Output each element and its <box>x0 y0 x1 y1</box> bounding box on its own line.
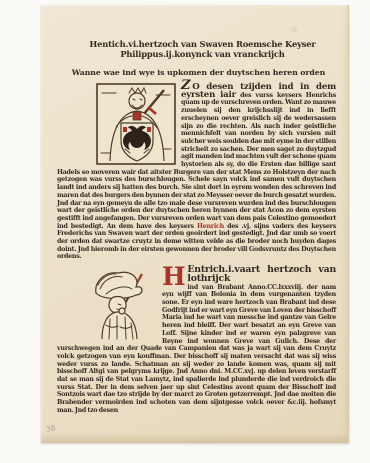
foxing-spot <box>291 27 298 32</box>
page-title: Hentich.vi.hertzoch van Swaven Roemsche … <box>57 39 336 59</box>
woodcut-duke-image <box>84 267 158 341</box>
header-line-1: Hentich.vi.hertzoch van Swaven Roemsche … <box>69 39 336 49</box>
paragraph-1: ZO desen tzijden ind in dem eyrsten iair… <box>57 82 336 261</box>
text-block: Hentich.vi.hertzoch van Swaven Roemsche … <box>57 39 336 415</box>
woodcut-emperor-image <box>96 83 176 165</box>
section-2: HEntrich.i.vaart hertzoch van lothrijck … <box>57 266 336 414</box>
rubricated-initial-H: H <box>162 266 187 287</box>
incunabulum-leaf: Hentich.vi.hertzoch van Swaven Roemsche … <box>41 5 349 443</box>
paper-bottom-edge <box>41 433 348 442</box>
chapter-subject-line: Wanne wae ind wye is upkomen der duytsch… <box>57 68 336 77</box>
rubricated-name: Henrich <box>197 223 224 230</box>
page-scan: Hentich.vi.hertzoch van Swaven Roemsche … <box>0 0 370 463</box>
header-line-2: Philippus.ij.konynck van vranckrijch <box>69 49 336 59</box>
section-2-heading: Entrich.i.vaart hertzoch van lothrijck <box>187 264 336 284</box>
